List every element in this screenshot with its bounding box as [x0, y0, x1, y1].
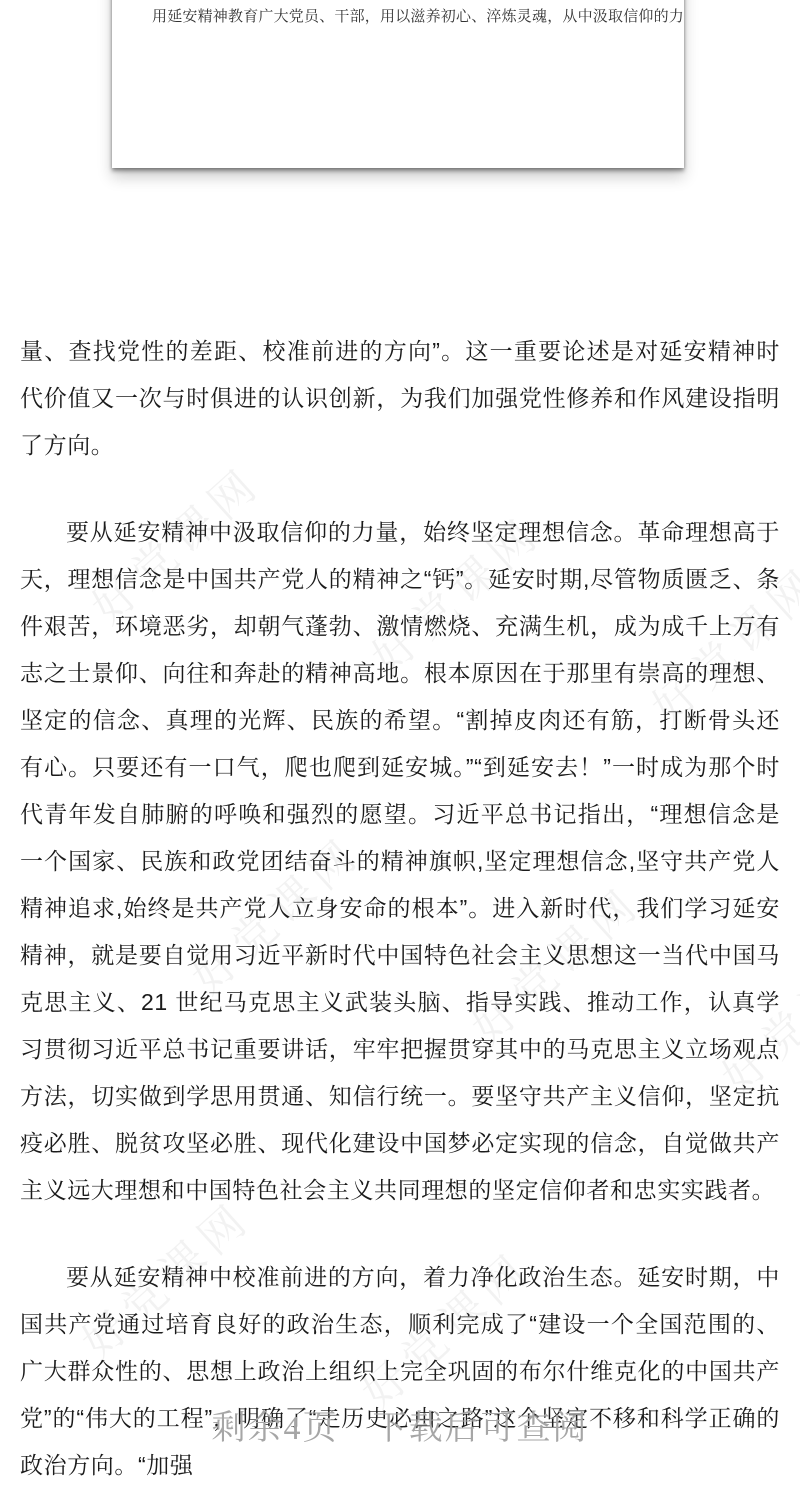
- paragraph: 要从延安精神中校准前进的方向，着力净化政治生态。延安时期，中国共产党通过培育良好…: [20, 1254, 780, 1489]
- remaining-pages-count: 剩余4页: [212, 1410, 339, 1447]
- document-body-text: 量、查找党性的差距、校准前进的方向”。这一重要论述是对延安精神时代价值又一次与时…: [20, 328, 780, 1489]
- page-card-previous: 用延安精神教育广大党员、干部，用以滋养初心、淬炼灵魂，从中汲取信仰的力: [112, 0, 684, 168]
- document-preview-page: 用延安精神教育广大党员、干部，用以滋养初心、淬炼灵魂，从中汲取信仰的力 好党课网…: [0, 0, 800, 1508]
- page1-last-line: 用延安精神教育广大党员、干部，用以滋养初心、淬炼灵魂，从中汲取信仰的力: [152, 6, 646, 28]
- download-hint: 下载后可查阅: [373, 1410, 589, 1447]
- remaining-pages-notice: 剩余4页下载后可查阅: [0, 1400, 800, 1449]
- paragraph: 量、查找党性的差距、校准前进的方向”。这一重要论述是对延安精神时代价值又一次与时…: [20, 328, 780, 469]
- paragraph: 要从延安精神中汲取信仰的力量，始终坚定理想信念。革命理想高于天，理想信念是中国共…: [20, 509, 780, 1214]
